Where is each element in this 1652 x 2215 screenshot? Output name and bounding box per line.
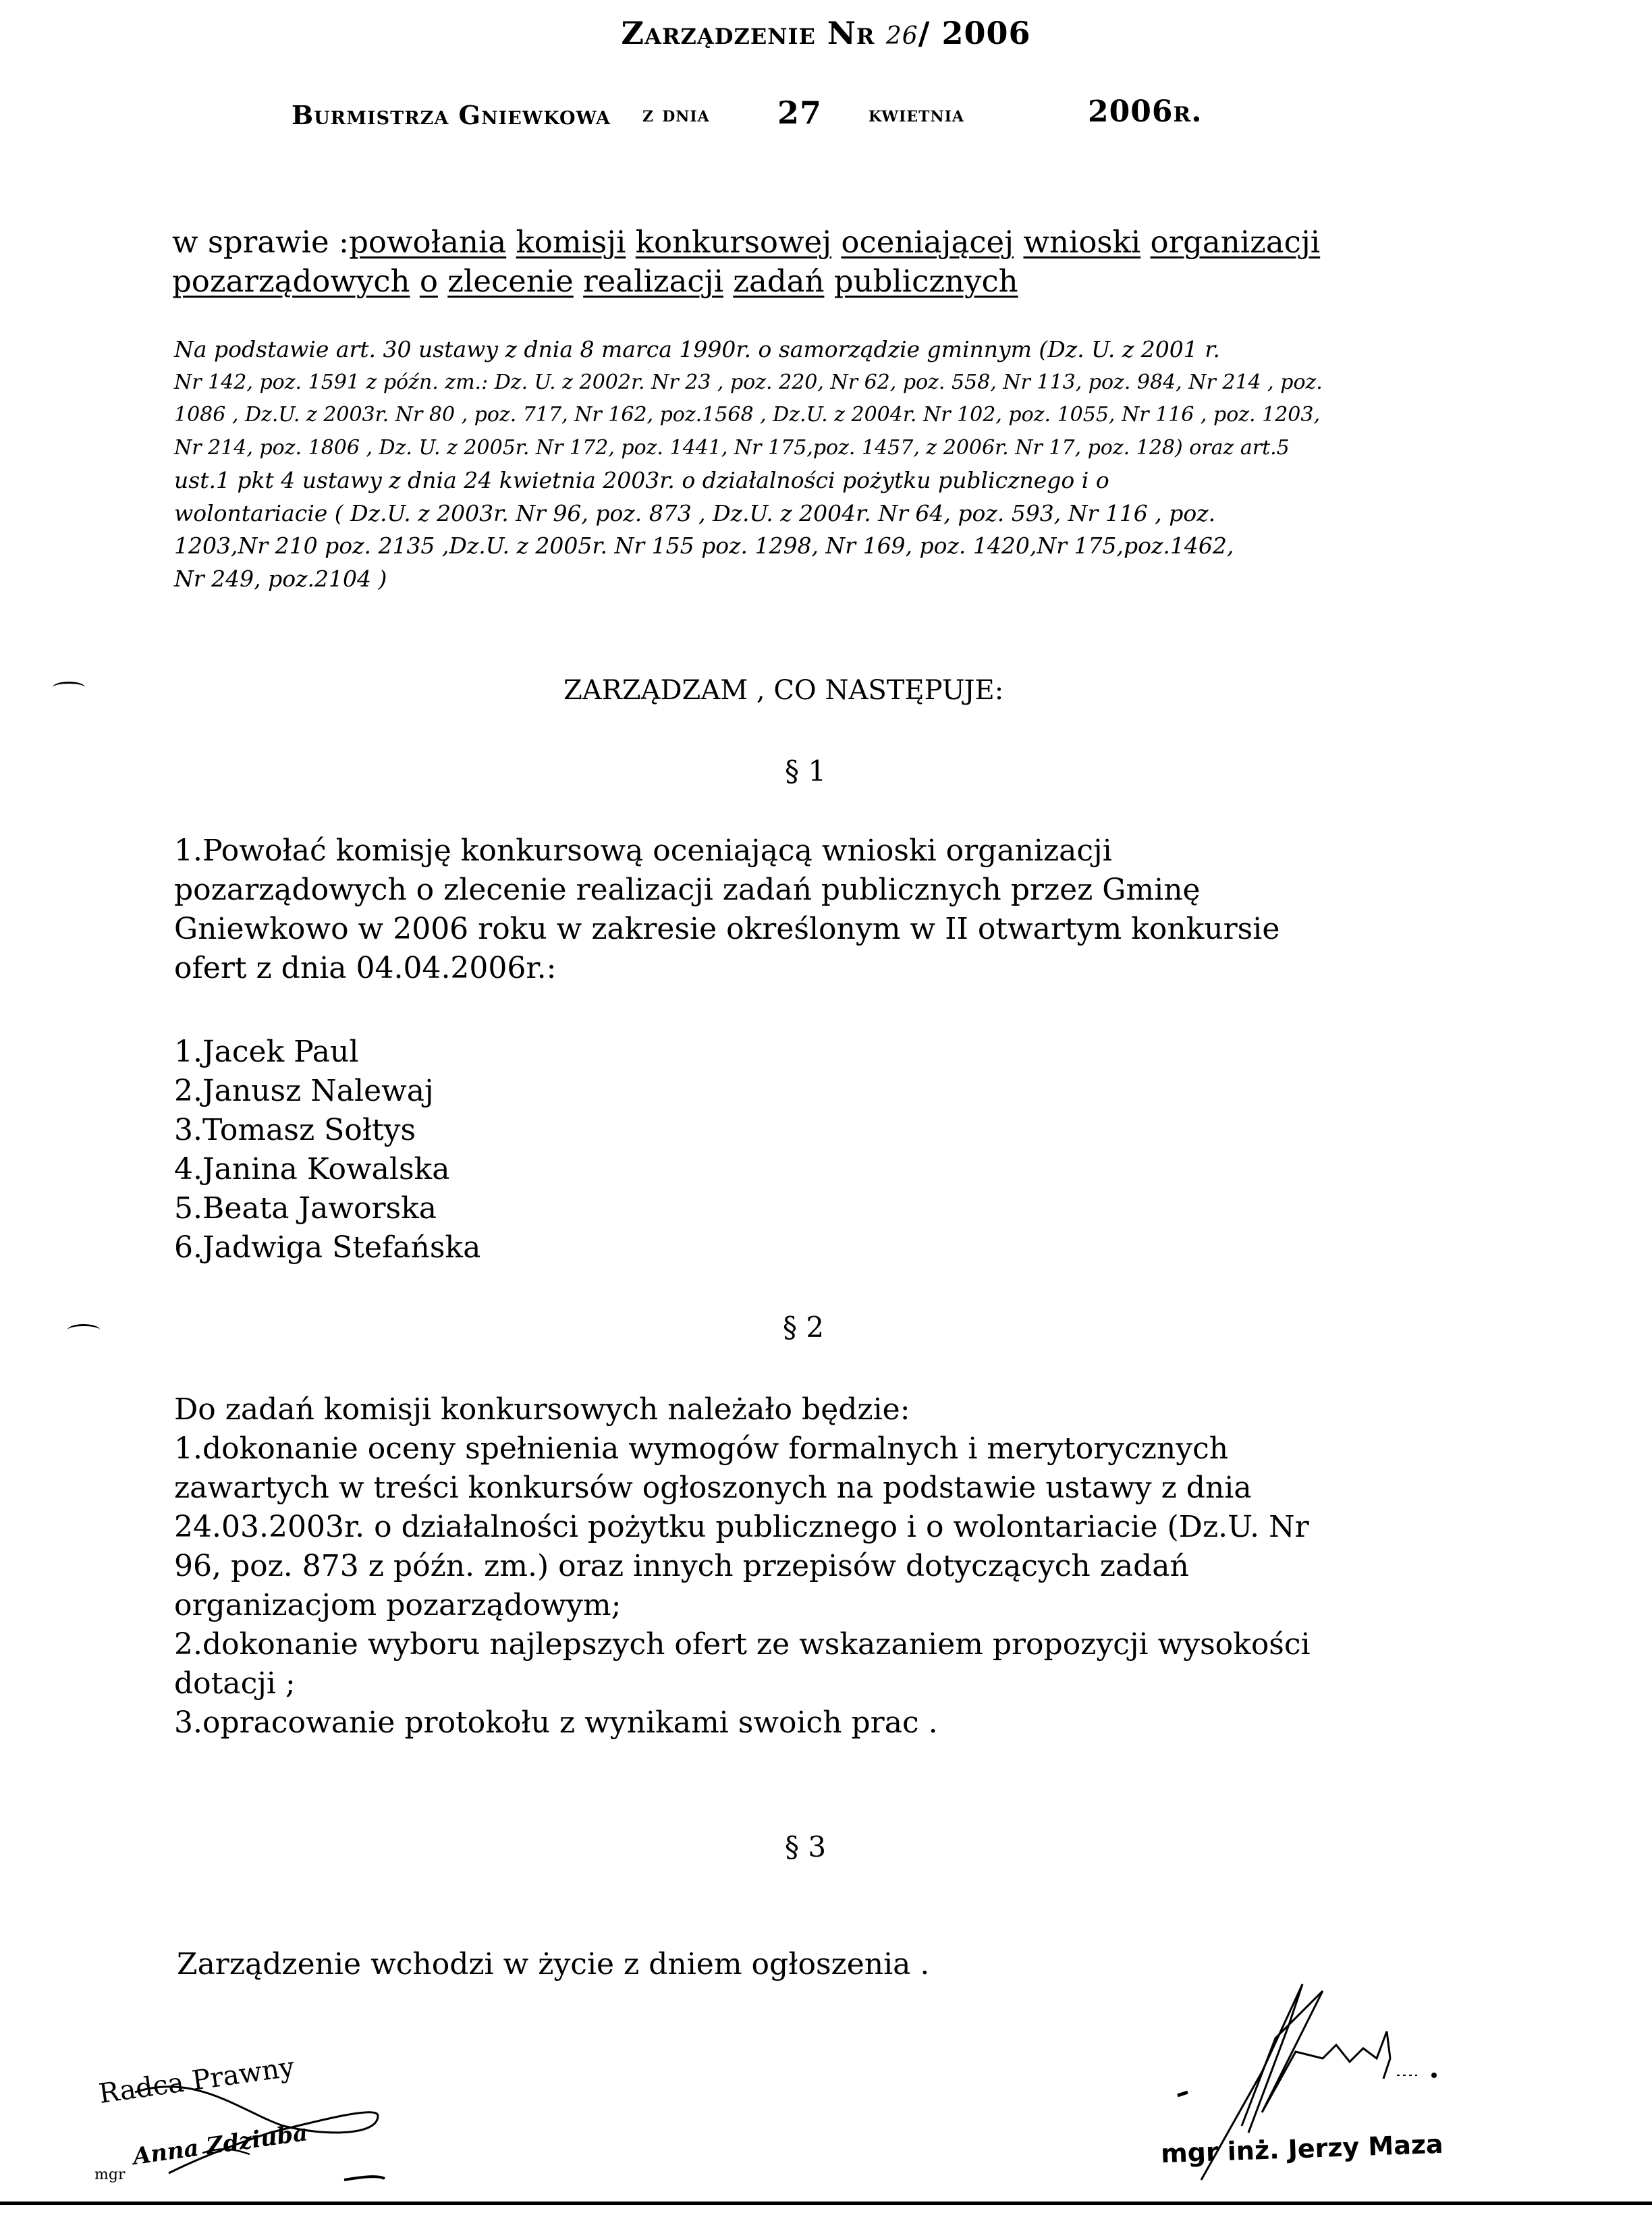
margin-mark xyxy=(67,1324,100,1336)
subject-word: konkursowej xyxy=(636,224,831,260)
member-item: 5.Beata Jaworska xyxy=(174,1189,480,1228)
date-year: 2006r. xyxy=(1088,94,1203,129)
section-2-line: dotacji ; xyxy=(174,1664,1311,1703)
section-2-line: Do zadań komisji konkursowych należało b… xyxy=(174,1390,1311,1429)
title-year: / 2006 xyxy=(918,15,1031,51)
document-title: Zarządzenie Nr 26/ 2006 xyxy=(0,15,1652,51)
member-item: 2.Janusz Nalewaj xyxy=(174,1072,480,1111)
legal-basis-line: 1086 , Dz.U. z 2003r. Nr 80 , poz. 717, … xyxy=(174,399,1323,432)
section-2-line: organizacjom pozarządowym; xyxy=(174,1586,1311,1625)
section-2-line: 2.dokonanie wyboru najlepszych ofert ze … xyxy=(174,1625,1311,1664)
date-label: z dnia xyxy=(642,101,710,127)
subject-word: organizacji xyxy=(1151,224,1321,260)
paragraph-line: pozarządowych o zlecenie realizacji zada… xyxy=(174,871,1279,910)
margin-mark xyxy=(53,682,85,693)
issuer: Burmistrza Gniewkowa xyxy=(292,100,611,130)
title-prefix: Zarządzenie Nr xyxy=(622,15,875,51)
legal-basis: Na podstawie art. 30 ustawy z dnia 8 mar… xyxy=(174,333,1323,595)
section-2-line: 96, poz. 873 z późn. zm.) oraz innych pr… xyxy=(174,1547,1311,1586)
legal-basis-line: Nr 249, poz.2104 ) xyxy=(174,563,1323,596)
subject-word: oceniającej xyxy=(841,224,1014,260)
section-3-symbol: § 3 xyxy=(785,1830,826,1863)
mayor-signature-block: mgr inż. Jerzy Maza xyxy=(1120,1957,1498,2187)
paragraph-line: Gniewkowo w 2006 roku w zakresie określo… xyxy=(174,910,1279,949)
subject-prefix: w sprawie : xyxy=(172,224,349,260)
member-item: 4.Janina Kowalska xyxy=(174,1150,480,1189)
committee-members: 1.Jacek Paul 2.Janusz Nalewaj 3.Tomasz S… xyxy=(174,1033,480,1267)
subject-word: zlecenie xyxy=(447,263,574,299)
issuer-line: Burmistrza Gniewkowa z dnia 27 kwietnia … xyxy=(292,94,1371,135)
section-1-symbol: § 1 xyxy=(785,755,826,788)
legal-basis-line: Na podstawie art. 30 ustawy z dnia 8 mar… xyxy=(174,333,1323,366)
paragraph-line: ofert z dnia 04.04.2006r.: xyxy=(174,949,1279,988)
subject-line-1: w sprawie :powołania komisji konkursowej… xyxy=(172,223,1320,262)
subject-word: komisji xyxy=(516,224,626,260)
section-2-line: 1.dokonanie oceny spełnienia wymogów for… xyxy=(174,1429,1311,1469)
member-item: 6.Jadwiga Stefańska xyxy=(174,1228,480,1267)
legal-basis-line: Nr 214, poz. 1806 , Dz. U. z 2005r. Nr 1… xyxy=(174,432,1323,465)
handwritten-signature-icon xyxy=(94,2052,445,2193)
handwritten-number: 26 xyxy=(886,22,918,50)
section-2-body: Do zadań komisji konkursowych należało b… xyxy=(174,1390,1311,1743)
member-item: 3.Tomasz Sołtys xyxy=(174,1111,480,1150)
legal-basis-line: ust.1 pkt 4 ustawy z dnia 24 kwietnia 20… xyxy=(174,464,1323,497)
section-2-line: zawartych w treści konkursów ogłoszonych… xyxy=(174,1469,1311,1508)
subject-word: wnioski xyxy=(1023,224,1140,260)
section-1-paragraph: 1.Powołać komisję konkursową oceniającą … xyxy=(174,831,1279,988)
section-3-text: Zarządzenie wchodzi w życie z dniem ogło… xyxy=(177,1947,929,1981)
subject: w sprawie :powołania komisji konkursowej… xyxy=(172,223,1320,301)
section-2-line: 3.opracowanie protokołu z wynikami swoic… xyxy=(174,1703,1311,1743)
paragraph-line: 1.Powołać komisję konkursową oceniającą … xyxy=(174,831,1279,871)
date-day: 27 xyxy=(777,94,822,131)
legal-basis-line: wolontariacie ( Dz.U. z 2003r. Nr 96, po… xyxy=(174,497,1323,530)
subject-line-2: pozarządowych o zlecenie realizacji zada… xyxy=(172,262,1320,301)
legal-basis-line: 1203,Nr 210 poz. 2135 ,Dz.U. z 2005r. Nr… xyxy=(174,530,1323,563)
bottom-rule xyxy=(0,2202,1652,2205)
subject-word: powołania xyxy=(349,224,506,260)
date-month: kwietnia xyxy=(869,101,964,127)
subject-word: o xyxy=(420,263,438,299)
section-2-symbol: § 2 xyxy=(783,1311,824,1344)
member-item: 1.Jacek Paul xyxy=(174,1033,480,1072)
subject-word: zadań xyxy=(733,263,824,299)
subject-word: realizacji xyxy=(583,263,723,299)
section-2-line: 24.03.2003r. o działalności pożytku publ… xyxy=(174,1508,1311,1547)
subject-word: publicznych xyxy=(834,263,1018,299)
subject-word: pozarządowych xyxy=(172,263,410,299)
legal-advisor-stamp: Radca Prawny mgr Anna Zdziuba xyxy=(94,2052,445,2193)
decree-heading: ZARZĄDZAM , CO NASTĘPUJE: xyxy=(563,675,1003,706)
legal-basis-line: Nr 142, poz. 1591 z późn. zm.: Dz. U. z … xyxy=(174,366,1323,400)
